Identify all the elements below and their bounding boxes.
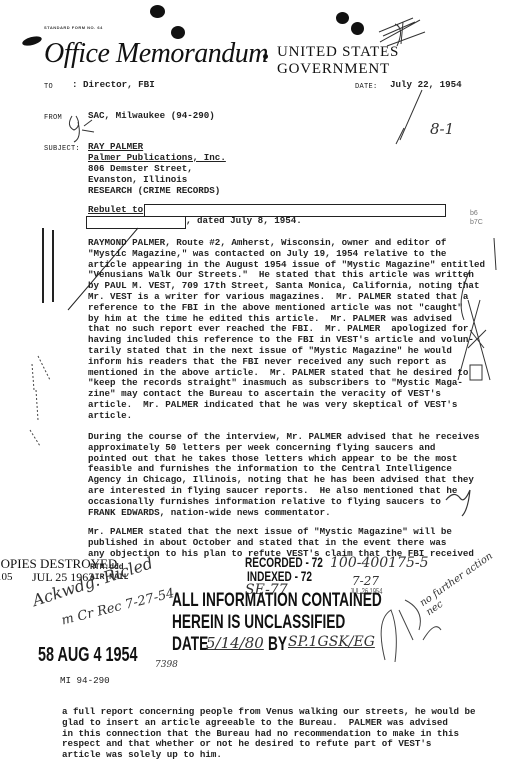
body-paragraph-1: RAYMOND PALMER, Route #2, Amherst, Wisco… — [88, 238, 485, 422]
declass-date-label: DATE — [172, 634, 208, 656]
rebulet-date: , dated July 8, 1954. — [186, 216, 302, 227]
ink-blot — [351, 22, 364, 35]
checkmark-line — [390, 88, 430, 148]
unclassified-stamp-line-2: HEREIN IS UNCLASSIFIED — [172, 612, 345, 634]
date-label: DATE: — [355, 83, 378, 91]
margin-doodle — [20, 350, 60, 450]
subject-label: SUBJECT: — [44, 145, 80, 153]
ink-blot — [150, 5, 165, 18]
ink-blot — [336, 12, 349, 24]
handwritten-initials — [440, 480, 480, 520]
body-line: "Mystic Magazine," was contacted on July… — [88, 249, 485, 260]
exemption-code: b6 — [470, 210, 478, 218]
margin-bracket — [52, 230, 54, 302]
body-line: published in about October and stated th… — [88, 538, 474, 549]
declass-by-label: BY — [268, 634, 287, 656]
body-line: reference to the FBI in the above mentio… — [88, 303, 485, 314]
declass-by: SP.1GSK/EG — [288, 634, 375, 650]
unclassified-stamp-line-1: ALL INFORMATION CONTAINED — [172, 590, 382, 612]
handwritten-signature — [365, 580, 445, 670]
to-value: : Director, FBI — [72, 80, 155, 91]
file-number: 100-400175-5 — [330, 555, 429, 571]
body-line: article. Mr. PALMER indicated that he wa… — [88, 400, 485, 411]
memo-title: Office Memorandum — [44, 38, 268, 70]
handwritten-note: 8-1 — [430, 120, 454, 138]
body-line: glad to insert an article agreeable to t… — [62, 718, 476, 729]
handwritten-number: 7398 — [155, 660, 178, 670]
body-line: article was solely up to him. — [62, 750, 476, 761]
body-line: occasionally furnishes information relat… — [88, 497, 479, 508]
title-separator — [263, 54, 268, 59]
government-header: UNITED STATES GOVERNMENT — [277, 44, 514, 78]
subject-line-5: RESEARCH (CRIME RECORDS) — [88, 186, 220, 197]
body-line: FRANK EDWARDS, nation-wide news commenta… — [88, 508, 479, 519]
ink-blot — [21, 35, 42, 48]
from-value: SAC, Milwaukee (94-290) — [88, 111, 215, 122]
to-label: TO — [44, 83, 53, 91]
body-paragraph-2: During the course of the interview, Mr. … — [88, 432, 479, 518]
body-line: approximately 50 letters per week concer… — [88, 443, 479, 454]
from-label: FROM — [44, 114, 62, 122]
form-number: STANDARD FORM NO. 64 — [44, 25, 103, 30]
rebulet-label: Rebulet to — [88, 205, 143, 216]
margin-bracket — [42, 228, 44, 303]
body-line: inform his readers that the FBI never re… — [88, 357, 485, 368]
continuation-file-ref: MI 94-290 — [60, 676, 110, 687]
exemption-code: b7C — [470, 219, 483, 227]
continuation-paragraph: a full report concerning people from Ven… — [62, 707, 476, 761]
body-line: article. — [88, 411, 485, 422]
declass-date: 5/14/80 — [206, 634, 264, 652]
aug-date-stamp: 58 AUG 4 1954 — [38, 644, 138, 667]
copies-number: 105 — [0, 571, 13, 583]
